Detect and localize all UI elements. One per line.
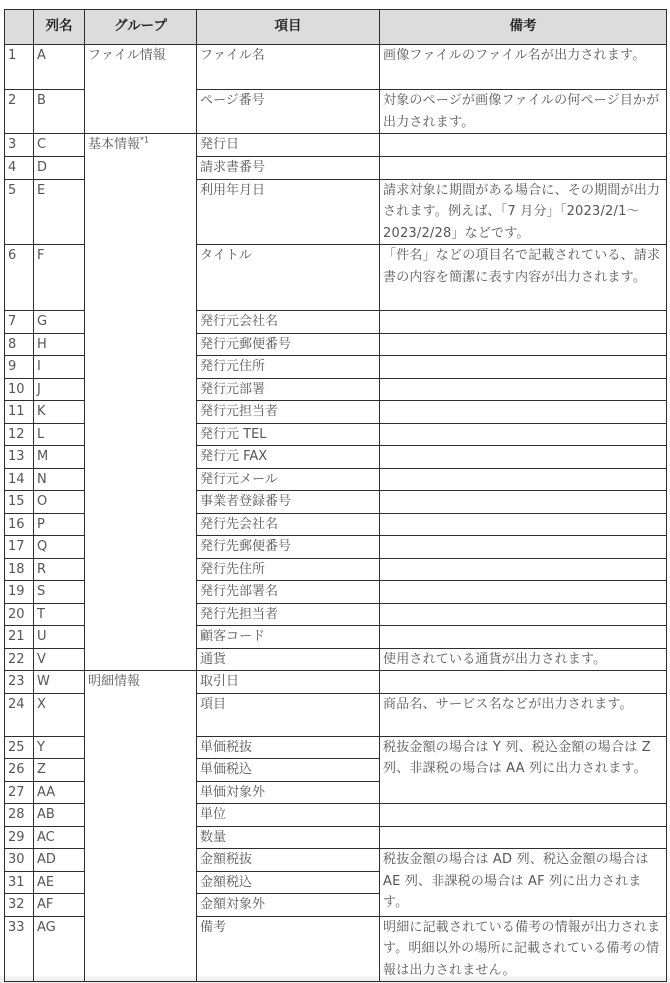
row-number: 1: [5, 45, 34, 90]
row-item: 発行先住所: [197, 558, 380, 581]
row-item: 発行先担当者: [197, 603, 380, 626]
row-item: 発行元メール: [197, 468, 380, 491]
row-column: J: [34, 378, 85, 401]
row-note: 対象のページが画像ファイルの何ページ目かが出力されます。: [380, 90, 667, 134]
row-item: 発行元担当者: [197, 401, 380, 424]
row-item: 発行先郵便番号: [197, 536, 380, 559]
row-column: AF: [34, 894, 85, 917]
row-note: [380, 468, 667, 491]
row-column: T: [34, 603, 85, 626]
table-row: 3 C 基本情報*1 発行日: [5, 134, 667, 157]
row-column: AA: [34, 781, 85, 804]
row-number: 11: [5, 401, 34, 424]
row-item: 発行元 FAX: [197, 446, 380, 469]
header-note: 備考: [380, 10, 667, 45]
row-item: 発行先会社名: [197, 513, 380, 536]
row-number: 15: [5, 491, 34, 514]
row-column: F: [34, 245, 85, 311]
row-item: 金額対象外: [197, 894, 380, 917]
row-column: Q: [34, 536, 85, 559]
row-column: V: [34, 648, 85, 671]
row-number: 12: [5, 423, 34, 446]
row-note: [380, 558, 667, 581]
table-row: 23 W 明細情報 取引日: [5, 671, 667, 694]
row-number: 28: [5, 804, 34, 827]
row-number: 2: [5, 90, 34, 134]
row-item: 金額税抜: [197, 849, 380, 872]
row-column: L: [34, 423, 85, 446]
row-number: 10: [5, 378, 34, 401]
row-note: [380, 333, 667, 356]
row-number: 24: [5, 693, 34, 736]
row-note-amount: 税抜金額の場合は AD 列、税込金額の場合は AE 列、非課税の場合は AF 列…: [380, 849, 667, 917]
group-detail-info: 明細情報: [85, 671, 197, 982]
row-note: [380, 626, 667, 649]
row-item: 請求書番号: [197, 156, 380, 179]
row-note: [380, 804, 667, 827]
row-note: [380, 401, 667, 424]
row-note: 「件名」などの項目名で記載されている、請求書の内容を簡潔に表す内容が出力されます…: [380, 245, 667, 311]
row-item: ファイル名: [197, 45, 380, 90]
row-number: 6: [5, 245, 34, 311]
row-note: [380, 134, 667, 157]
row-item: ページ番号: [197, 90, 380, 134]
header-group: グループ: [85, 10, 197, 45]
row-item: 通貨: [197, 648, 380, 671]
row-number: 13: [5, 446, 34, 469]
row-note: [380, 671, 667, 694]
row-number: 8: [5, 333, 34, 356]
row-item: 発行日: [197, 134, 380, 157]
row-number: 4: [5, 156, 34, 179]
row-note: [380, 536, 667, 559]
row-column: O: [34, 491, 85, 514]
row-note: 明細に記載されている備考の情報が出力されます。明細以外の場所に記載されている備考…: [380, 916, 667, 982]
row-note: [380, 446, 667, 469]
row-item: 単価対象外: [197, 781, 380, 804]
row-number: 27: [5, 781, 34, 804]
row-number: 20: [5, 603, 34, 626]
row-column: P: [34, 513, 85, 536]
row-note: [380, 356, 667, 379]
header-number: [5, 10, 34, 45]
row-column: U: [34, 626, 85, 649]
row-number: 18: [5, 558, 34, 581]
row-note: [380, 491, 667, 514]
group-file-info: ファイル情報: [85, 45, 197, 134]
row-column: M: [34, 446, 85, 469]
row-column: AE: [34, 871, 85, 894]
row-item: 顧客コード: [197, 626, 380, 649]
row-note: [380, 581, 667, 604]
row-note: [380, 603, 667, 626]
row-column: AC: [34, 826, 85, 849]
row-number: 30: [5, 849, 34, 872]
row-column: X: [34, 693, 85, 736]
row-column: AB: [34, 804, 85, 827]
row-note-unit-price: 税抜金額の場合は Y 列、税込金額の場合は Z 列、非課税の場合は AA 列に出…: [380, 736, 667, 804]
row-column: W: [34, 671, 85, 694]
row-column: I: [34, 356, 85, 379]
row-column: K: [34, 401, 85, 424]
row-item: 発行元 TEL: [197, 423, 380, 446]
row-item: 発行元会社名: [197, 311, 380, 334]
row-column: S: [34, 581, 85, 604]
row-column: AD: [34, 849, 85, 872]
row-note: [380, 378, 667, 401]
row-note: [380, 156, 667, 179]
row-number: 31: [5, 871, 34, 894]
row-column: G: [34, 311, 85, 334]
row-number: 22: [5, 648, 34, 671]
row-item: 単位: [197, 804, 380, 827]
row-column: Z: [34, 759, 85, 782]
row-number: 32: [5, 894, 34, 917]
row-column: N: [34, 468, 85, 491]
row-number: 7: [5, 311, 34, 334]
row-item: タイトル: [197, 245, 380, 311]
csv-column-spec-table: 列名 グループ 項目 備考 1 A ファイル情報 ファイル名 画像ファイルのファ…: [4, 9, 667, 982]
row-number: 3: [5, 134, 34, 157]
row-item: 単価税込: [197, 759, 380, 782]
row-number: 23: [5, 671, 34, 694]
row-column: C: [34, 134, 85, 157]
table-header-row: 列名 グループ 項目 備考: [5, 10, 667, 45]
row-number: 33: [5, 916, 34, 982]
row-number: 9: [5, 356, 34, 379]
row-item: 発行先部署名: [197, 581, 380, 604]
row-item: 発行元郵便番号: [197, 333, 380, 356]
row-item: 発行元部署: [197, 378, 380, 401]
row-number: 26: [5, 759, 34, 782]
row-item: 取引日: [197, 671, 380, 694]
row-column: E: [34, 179, 85, 245]
row-number: 25: [5, 736, 34, 759]
table-row: 1 A ファイル情報 ファイル名 画像ファイルのファイル名が出力されます。: [5, 45, 667, 90]
row-item: 備考: [197, 916, 380, 982]
row-number: 16: [5, 513, 34, 536]
row-note: [380, 311, 667, 334]
row-note: [380, 513, 667, 536]
group-basic-info: 基本情報*1: [85, 134, 197, 671]
row-column: H: [34, 333, 85, 356]
row-column: D: [34, 156, 85, 179]
row-item: 金額税込: [197, 871, 380, 894]
row-item: 利用年月日: [197, 179, 380, 245]
row-item: 数量: [197, 826, 380, 849]
row-column: R: [34, 558, 85, 581]
row-column: AG: [34, 916, 85, 982]
row-note: [380, 826, 667, 849]
header-item: 項目: [197, 10, 380, 45]
row-note: 請求対象に期間がある場合に、その期間が出力されます。例えば、「7 月分」「202…: [380, 179, 667, 245]
row-note: 商品名、サービス名などが出力されます。: [380, 693, 667, 736]
row-note: [380, 423, 667, 446]
row-column: Y: [34, 736, 85, 759]
row-item: 事業者登録番号: [197, 491, 380, 514]
row-number: 17: [5, 536, 34, 559]
row-note: 使用されている通貨が出力されます。: [380, 648, 667, 671]
row-note: 画像ファイルのファイル名が出力されます。: [380, 45, 667, 90]
row-number: 14: [5, 468, 34, 491]
row-item: 単価税抜: [197, 736, 380, 759]
row-item: 発行元住所: [197, 356, 380, 379]
group-basic-label: 基本情報: [88, 137, 140, 152]
row-number: 29: [5, 826, 34, 849]
row-column: B: [34, 90, 85, 134]
header-column-name: 列名: [34, 10, 85, 45]
row-number: 19: [5, 581, 34, 604]
row-item: 項目: [197, 693, 380, 736]
row-number: 21: [5, 626, 34, 649]
footnote-marker: *1: [140, 136, 149, 145]
row-column: A: [34, 45, 85, 90]
row-number: 5: [5, 179, 34, 245]
